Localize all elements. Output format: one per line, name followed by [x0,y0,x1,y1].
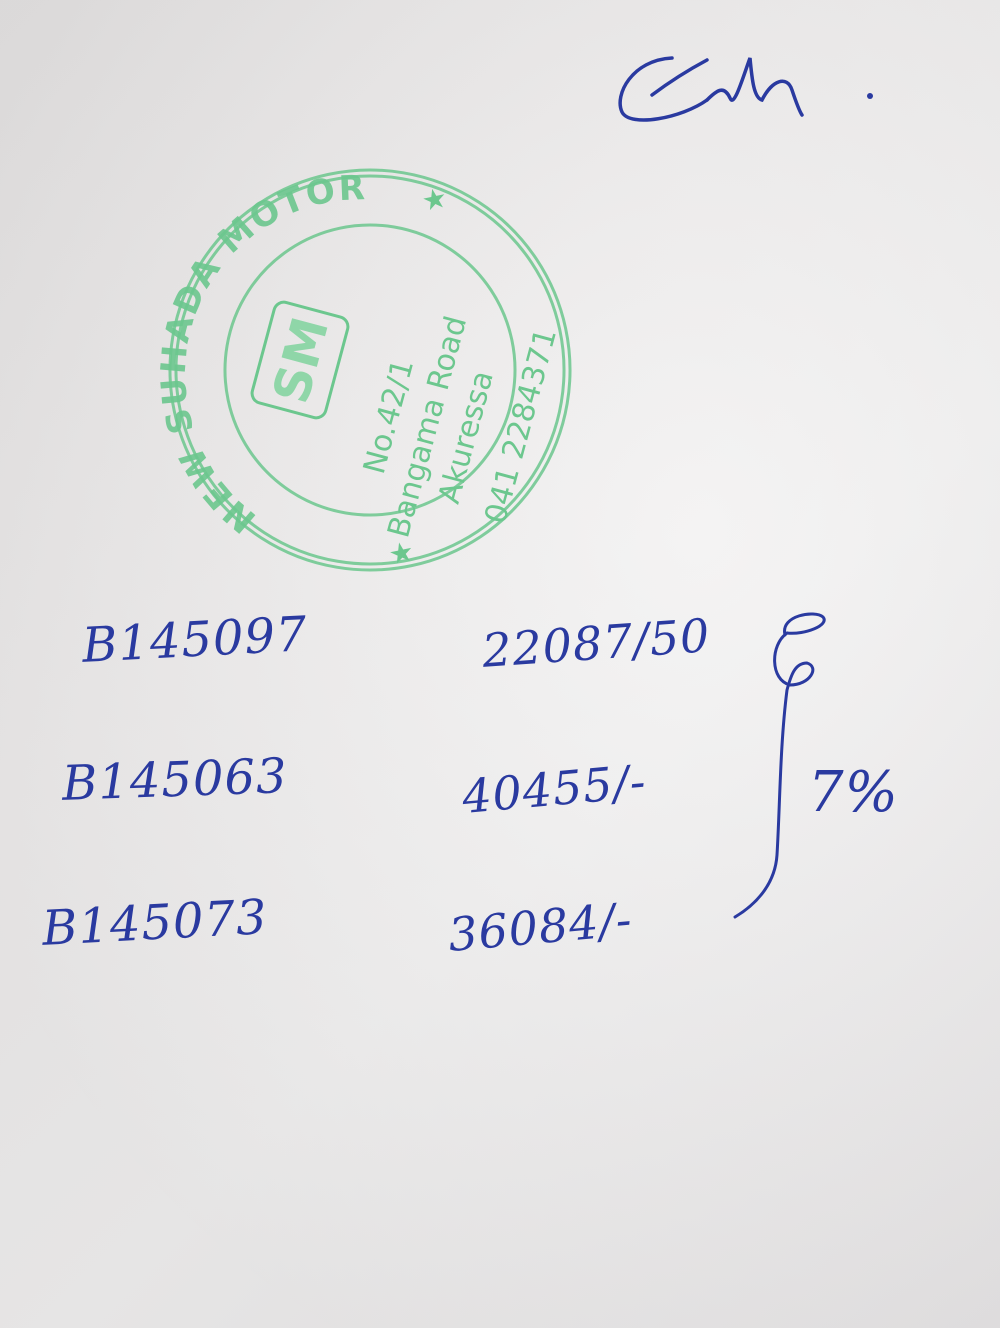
signature [612,40,902,130]
signature-loop-icon [612,40,902,130]
bill-number-1: B145097 [81,606,309,674]
amount-3: 36084/- [446,892,634,962]
amount-2: 40455/- [460,754,648,824]
bill-number-3: B145073 [41,889,269,957]
percentage-note: 7% [808,760,899,825]
amount-1: 22087/50 [480,608,712,678]
bill-number-2: B145063 [61,748,288,812]
company-stamp: NEW SUHADA MOTORS ★ ★ SM No.42/1 Bangama… [160,160,580,580]
svg-text:SM: SM [262,311,340,409]
stamp-logo: SM [250,300,350,420]
stamp-phone: 041 2284371 [478,325,564,528]
